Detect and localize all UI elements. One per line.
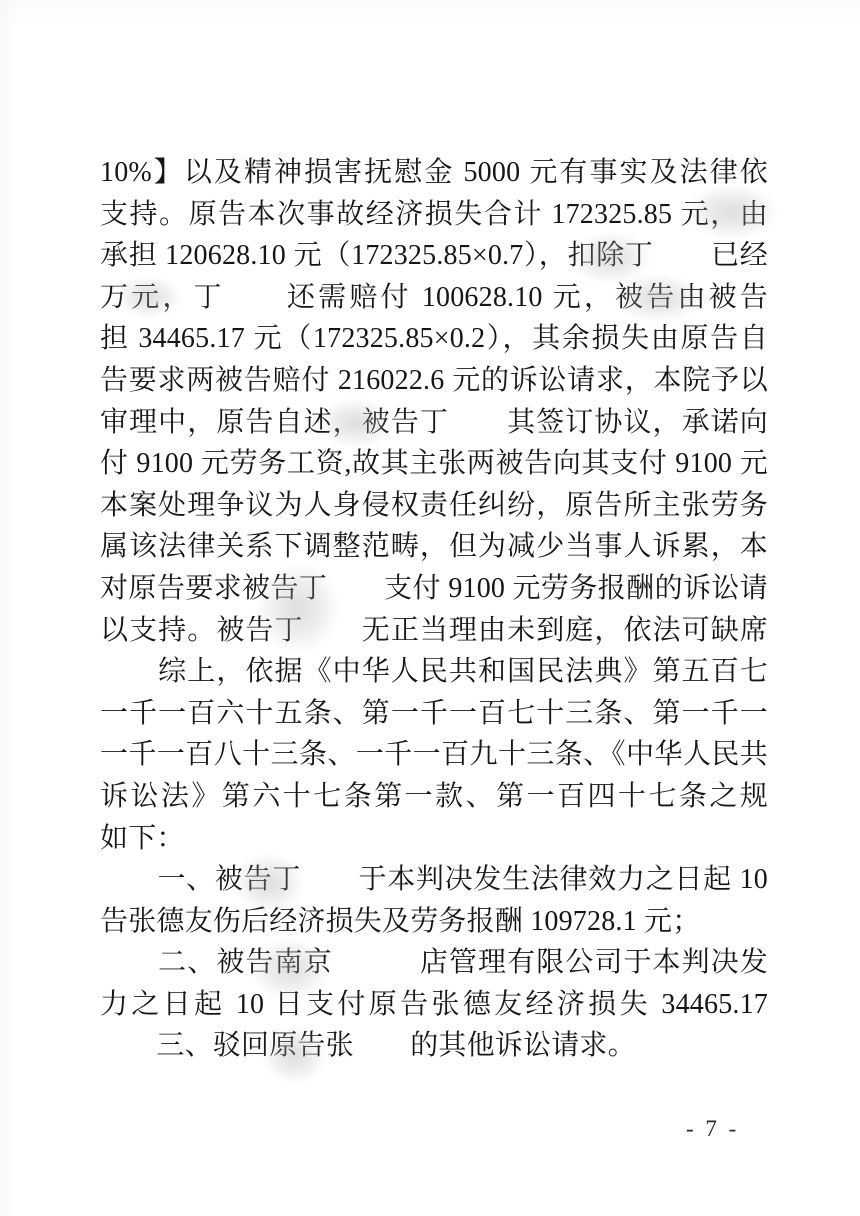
text-line: 承担 120628.10 元（172325.85×0.7），扣除丁 已经赔付的 …	[100, 235, 768, 277]
text-line: 支持。原告本次事故经济损失合计 172325.85 元，由被告丁	[100, 194, 768, 236]
text-line: 三、驳回原告张 的其他诉讼请求。	[100, 1025, 768, 1067]
text-line: 诉讼法》第六十七条第一款、第一百四十七条之规定，缺席判决	[100, 776, 768, 818]
text-line: 一千一百八十三条、一千一百九十三条、《中华人民共和国民事	[100, 734, 768, 776]
text-line: 以支持。被告丁 无正当理由未到庭，依法可缺席判决。	[100, 610, 768, 652]
text-line: 本案处理争议为人身侵权责任纠纷，原告所主张劳务报酬发放不	[100, 485, 768, 527]
text-line: 告张德友伤后经济损失及劳务报酬 109728.1 元；	[100, 901, 768, 943]
text-line: 担 34465.17 元（172325.85×0.2），其余损失由原告自理。对原	[100, 318, 768, 360]
text-line: 二、被告南京 店管理有限公司于本判决发生法律效	[100, 942, 768, 984]
text-line: 告要求两被告赔付 216022.6 元的诉讼请求，本院予以部分支持。	[100, 360, 768, 402]
judgment-body-text: 10%】以及精神损害抚慰金 5000 元有事实及法律依据，本院予以 支持。原告本…	[100, 152, 768, 1067]
text-line: 对原告要求被告丁 支付 9100 元劳务报酬的诉讼请求,本院予	[100, 568, 768, 610]
page-number: - 7 -	[686, 1116, 739, 1142]
text-line: 一千一百六十五条、第一千一百七十三条、第一千一百七十九条、	[100, 693, 768, 735]
text-line: 力之日起 10 日支付原告张德友经济损失 34465.17 元；	[100, 984, 768, 1026]
text-line: 审理中，原告自述，被告丁 其签订协议，承诺向其支付欠	[100, 402, 768, 444]
text-line: 一、被告丁 于本判决发生法律效力之日起 10 日内支付原	[100, 859, 768, 901]
text-line: 万元，丁 还需赔付 100628.10 元，被告由被告 公司承	[100, 277, 768, 319]
text-line: 属该法律关系下调整范畴，但为减少当事人诉累，本院一并处理，	[100, 526, 768, 568]
text-line: 如下：	[100, 818, 768, 860]
text-line: 综上，依据《中华人民共和国民法典》第五百七十九条、第	[100, 651, 768, 693]
text-line: 付 9100 元劳务工资,故其主张两被告向其支付 9100 元劳务报酬，	[100, 443, 768, 485]
text-line: 10%】以及精神损害抚慰金 5000 元有事实及法律依据，本院予以	[100, 152, 768, 194]
scanned-judgment-page: { "page": { "number": "- 7 -" }, "doc": …	[0, 0, 860, 1216]
